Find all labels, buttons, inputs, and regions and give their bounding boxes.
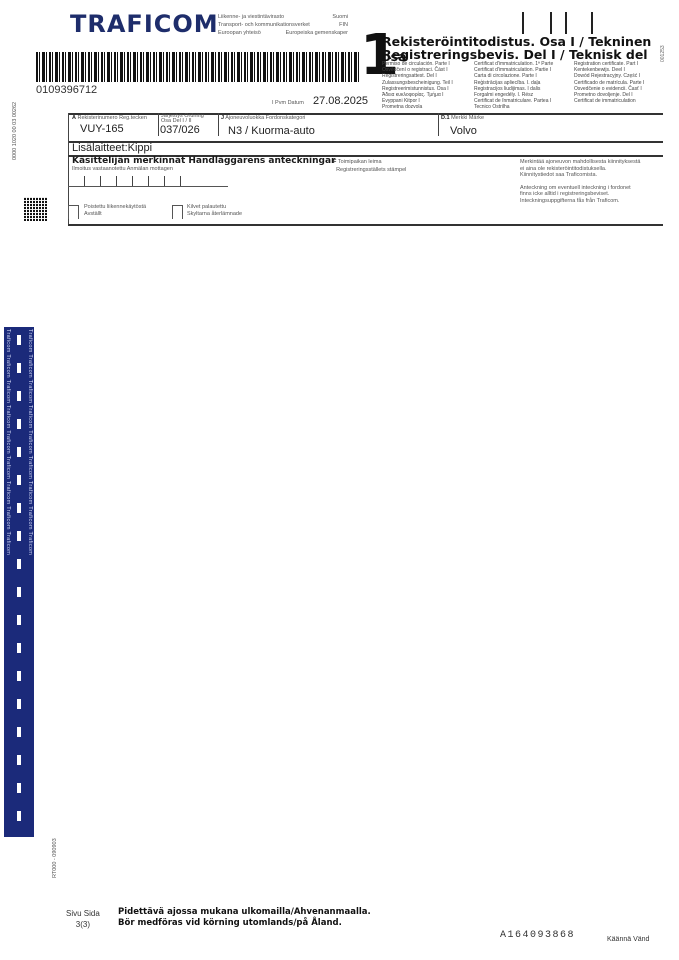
- turn-page-label: Käännä Vänd: [607, 936, 649, 943]
- strip-dash: [17, 615, 21, 625]
- strip-dash: [17, 783, 21, 793]
- mortgage-info: Merkintää ajoneuvon mahdollisesta kiinni…: [520, 159, 665, 204]
- strip-dash: [17, 447, 21, 457]
- stamp-label: F Toimipaikan leima Registreringsstället…: [333, 158, 406, 174]
- notes-received-label: Ilmoitus vastaanotettu Anmälan mottagen: [72, 166, 173, 172]
- qr-code-icon: [24, 197, 48, 221]
- registration-form: A Rekisterinumero Reg.tecken VUY-165 Jär…: [68, 113, 663, 225]
- agency-country: Europeiska gemenskaper: [286, 29, 348, 37]
- page-indicator: Sivu Sida3(3): [66, 908, 100, 930]
- strip-dash: [17, 643, 21, 653]
- strip-dash: [17, 419, 21, 429]
- deregistered-label: Poistettu liikennekäytöstäAvställt: [84, 204, 146, 218]
- strip-dash: [17, 811, 21, 821]
- register-tick: [565, 12, 567, 34]
- strip-dash: [17, 335, 21, 345]
- side-code: 001253: [660, 45, 666, 62]
- agency-country: Suomi: [332, 13, 348, 21]
- notes-title: Käsittelijän merkinnät Handläggarens ant…: [72, 156, 335, 166]
- plates-returned-label: Kilvet palautettuSkyltarna återlämnade: [187, 204, 242, 218]
- carry-notice: Pidettävä ajossa mukana ulkomailla/Ahven…: [118, 907, 371, 929]
- security-strip: Traficom Traficom Traficom Traficom Traf…: [4, 327, 34, 837]
- vehicle-category: N3 / Kuorma-auto: [228, 125, 315, 137]
- strip-dash: [17, 531, 21, 541]
- reg-number: VUY-165: [80, 123, 124, 135]
- title-translation: [574, 104, 667, 110]
- barcode: [36, 52, 361, 82]
- agency-line: Euroopan yhteisö: [218, 29, 261, 37]
- serial-number: A164093868: [500, 930, 575, 941]
- register-tick: [591, 12, 593, 34]
- agency-country: FIN: [339, 21, 348, 29]
- agency-names: Liikenne- ja viestintävirastoSuomi Trans…: [218, 13, 348, 37]
- category-label: J Ajoneuvoluokka Fordonskategori: [221, 115, 305, 121]
- strip-dash: [17, 671, 21, 681]
- strip-dash: [17, 559, 21, 569]
- strip-text: Traficom Traficom Traficom Traficom Traf…: [5, 329, 11, 555]
- title-translation: Tecnico Ostrilha: [474, 104, 574, 110]
- accessories: Lisälaitteet:Kippi: [72, 142, 152, 154]
- strip-dash: [17, 475, 21, 485]
- order-label: Järjestys OrdningOsa Del I / II: [161, 114, 204, 124]
- make-label: D.1 Merkki Märke: [441, 115, 484, 121]
- strip-dash: [17, 727, 21, 737]
- title-translation: Prometna dozvola: [382, 104, 474, 110]
- register-tick: [522, 12, 524, 34]
- plates-returned-checkbox[interactable]: [172, 205, 183, 219]
- title-translations: Permiso de circulación. Parte ICertifica…: [382, 61, 667, 111]
- order-number: 037/026: [160, 124, 200, 136]
- date-value: 27.08.2025: [313, 95, 368, 107]
- vertical-code: 0000 1020 00 03 00262: [12, 102, 18, 160]
- strip-dash: [17, 587, 21, 597]
- document-title-sv: Registreringsbevis. Del I / Teknisk del: [382, 47, 648, 62]
- strip-dash: [17, 363, 21, 373]
- deregistered-checkbox[interactable]: [68, 205, 79, 219]
- date-label: I Pvm Datum: [272, 100, 304, 106]
- strip-text: Traficom Traficom Traficom Traficom Traf…: [27, 329, 33, 555]
- vehicle-make: Volvo: [450, 125, 477, 137]
- reg-label: A Rekisterinumero Reg.tecken: [72, 115, 147, 121]
- strip-dash: [17, 755, 21, 765]
- strip-dash: [17, 699, 21, 709]
- strip-dash: [17, 391, 21, 401]
- register-tick: [550, 12, 552, 34]
- form-code: RT000 - 090903: [52, 838, 58, 878]
- barcode-number: 0109396712: [36, 84, 97, 96]
- traficom-logo: TRAFICOM: [70, 10, 219, 38]
- agency-line: Liikenne- ja viestintävirasto: [218, 13, 284, 21]
- strip-dash: [17, 503, 21, 513]
- agency-line: Transport- och kommunikationsverket: [218, 21, 310, 29]
